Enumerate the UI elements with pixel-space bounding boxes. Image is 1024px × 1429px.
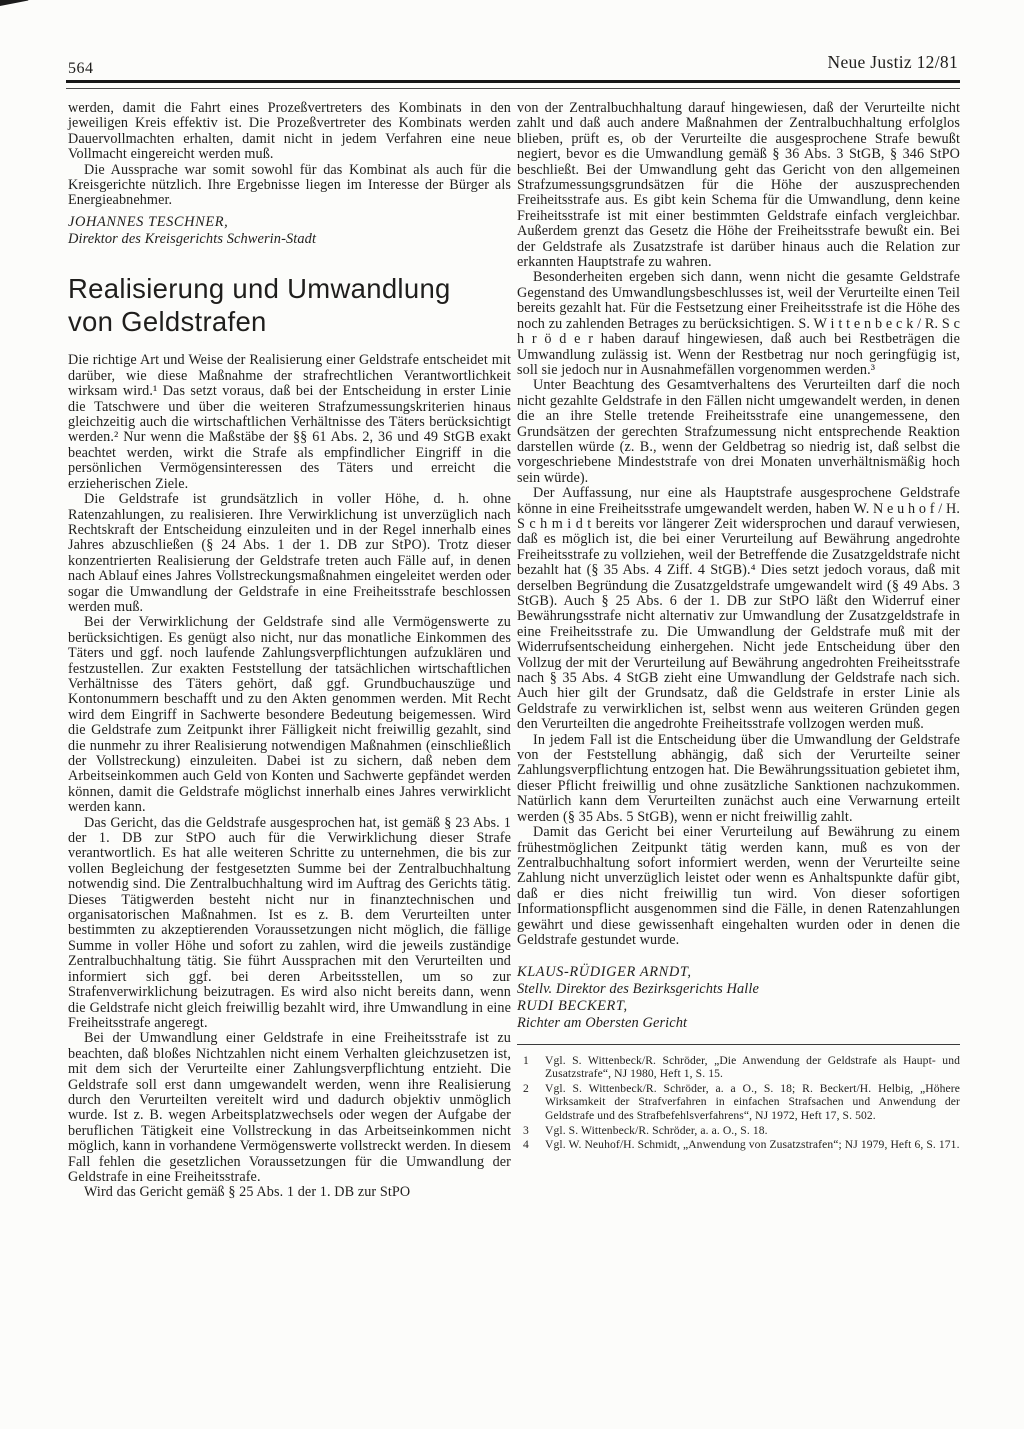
- paragraph: Die Aussprache war somit sowohl für das …: [68, 163, 511, 209]
- journal-page: 564 Neue Justiz 12/81 werden, damit die …: [0, 0, 1024, 1429]
- footnote-number: 1: [517, 1054, 538, 1081]
- paragraph: Besonderheiten ergeben sich dann, wenn n…: [517, 270, 960, 378]
- paragraph: Bei der Umwandlung einer Geldstrafe in e…: [68, 1031, 511, 1185]
- paragraph: In jedem Fall ist die Entscheidung über …: [517, 733, 960, 825]
- author-signature: KLAUS-RÜDIGER ARNDT, Stellv. Direktor de…: [517, 964, 960, 1031]
- paragraph: Die Geldstrafe ist grundsätzlich in voll…: [68, 492, 511, 615]
- footnote-text: Vgl. S. Wittenbeck/R. Schröder, a. a O.,…: [538, 1082, 960, 1123]
- footnote-text: Vgl. S. Wittenbeck/R. Schröder, „Die Anw…: [538, 1054, 960, 1081]
- page-number: 564: [68, 60, 94, 78]
- footnote-number: 4: [517, 1138, 538, 1152]
- footnote-text: Vgl. S. Wittenbeck/R. Schröder, a. a. O.…: [538, 1124, 960, 1138]
- article-title: Realisierung und Umwandlungvon Geldstraf…: [68, 272, 511, 338]
- paragraph: Die richtige Art und Weise der Realisier…: [68, 353, 511, 492]
- footnote: 3 Vgl. S. Wittenbeck/R. Schröder, a. a. …: [517, 1124, 960, 1138]
- paragraph: Das Gericht, das die Geldstrafe ausgespr…: [68, 816, 511, 1032]
- author-title: Richter am Obersten Gericht: [517, 1015, 960, 1032]
- author-name: RUDI BECKERT,: [517, 998, 960, 1015]
- author-name: KLAUS-RÜDIGER ARNDT,: [517, 964, 960, 981]
- footnote: 4 Vgl. W. Neuhof/H. Schmidt, „Anwendung …: [517, 1138, 960, 1152]
- article-title-line2: von Geldstrafen: [68, 306, 267, 337]
- footnote-number: 2: [517, 1082, 538, 1123]
- footnote-text: Vgl. W. Neuhof/H. Schmidt, „Anwendung vo…: [538, 1138, 960, 1152]
- paragraph: Damit das Gericht bei einer Verurteilung…: [517, 825, 960, 948]
- paragraph: werden, damit die Fahrt eines Prozeßvert…: [68, 101, 511, 163]
- article-title-line1: Realisierung und Umwandlung: [68, 273, 451, 304]
- author-title: Direktor des Kreisgerichts Schwerin-Stad…: [68, 231, 511, 248]
- right-column: von der Zentralbuchhaltung darauf hingew…: [517, 101, 960, 1153]
- footnotes-section: 1 Vgl. S. Wittenbeck/R. Schröder, „Die A…: [517, 1044, 960, 1152]
- paragraph: Wird das Gericht gemäß § 25 Abs. 1 der 1…: [68, 1185, 511, 1200]
- author-name: JOHANNES TESCHNER,: [68, 214, 511, 231]
- scan-corner-mark: [0, 0, 28, 7]
- journal-title: Neue Justiz 12/81: [828, 52, 959, 73]
- paragraph: Unter Beachtung des Gesamtverhaltens des…: [517, 378, 960, 486]
- author-title: Stellv. Direktor des Bezirksgerichts Hal…: [517, 981, 960, 998]
- left-column: werden, damit die Fahrt eines Prozeßvert…: [68, 101, 511, 1201]
- paragraph: Bei der Verwirklichung der Geldstrafe si…: [68, 615, 511, 815]
- footnote: 2 Vgl. S. Wittenbeck/R. Schröder, a. a O…: [517, 1082, 960, 1123]
- paragraph: Der Auffassung, nur eine als Hauptstrafe…: [517, 486, 960, 733]
- footnote-number: 3: [517, 1124, 538, 1138]
- header-rule: [66, 80, 960, 89]
- author-signature: JOHANNES TESCHNER, Direktor des Kreisger…: [68, 214, 511, 248]
- paragraph: von der Zentralbuchhaltung darauf hingew…: [517, 101, 960, 270]
- footnote: 1 Vgl. S. Wittenbeck/R. Schröder, „Die A…: [517, 1054, 960, 1081]
